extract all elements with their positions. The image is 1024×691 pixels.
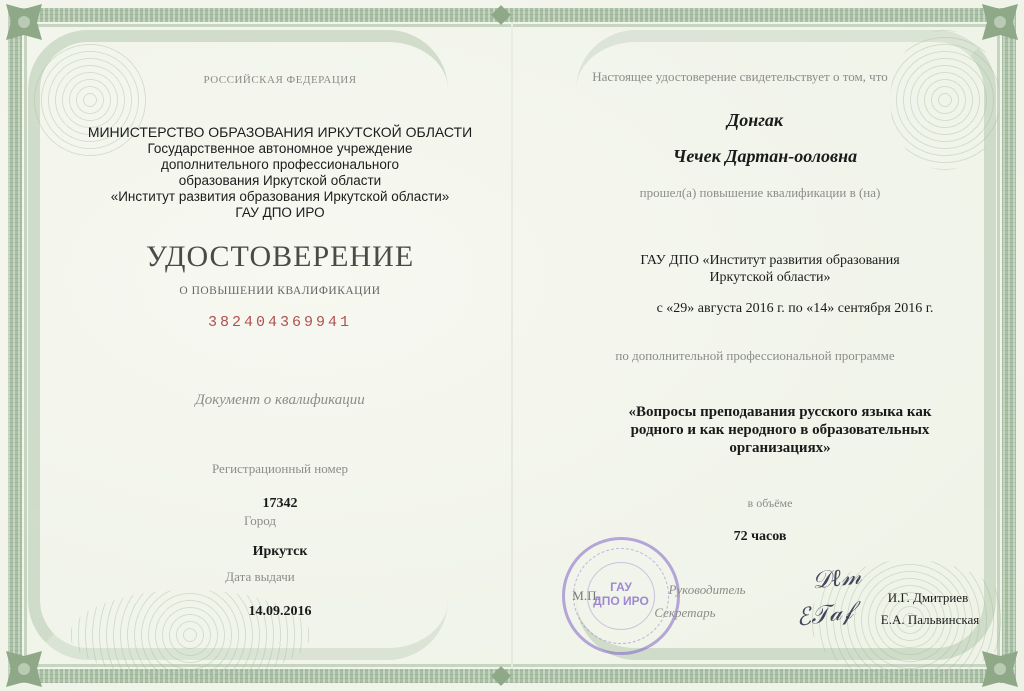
head-name: И.Г. Дмитриев xyxy=(868,589,988,607)
program-title-line: родного и как неродного в образовательны… xyxy=(590,421,970,439)
training-period: с «29» августа 2016 г. по «14» сентября … xyxy=(580,300,1010,318)
reg-number-label: Регистрационный номер xyxy=(130,461,430,477)
country-label: РОССИЙСКАЯ ФЕДЕРАЦИЯ xyxy=(150,74,410,86)
holder-surname: Донгак xyxy=(640,110,870,131)
volume-value: 72 часов xyxy=(690,529,830,545)
reg-number-value: 17342 xyxy=(180,496,380,512)
completed-label: прошел(а) повышение квалификации в (на) xyxy=(580,185,940,201)
head-label: Руководитель xyxy=(652,582,762,598)
document-title: УДОСТОВЕРЕНИЕ xyxy=(100,240,460,274)
stamp-place-label: М.П. xyxy=(566,588,606,604)
head-signature: 𝒟ℓ𝓂 xyxy=(811,563,863,595)
corner-ornament-icon xyxy=(6,4,42,40)
program-title-line: организациях» xyxy=(590,439,970,457)
corner-ornament-icon xyxy=(982,651,1018,687)
institution-line: образования Иркутской области xyxy=(60,173,500,189)
certificate-sheet: РОССИЙСКАЯ ФЕДЕРАЦИЯ МИНИСТЕРСТВО ОБРАЗО… xyxy=(0,0,1024,691)
secretary-name: Е.А. Пальвинская xyxy=(860,611,1000,629)
ministry-name: МИНИСТЕРСТВО ОБРАЗОВАНИЯ ИРКУТСКОЙ ОБЛАС… xyxy=(60,124,500,140)
serial-number: 382404369941 xyxy=(130,314,430,331)
institution-line: «Институт развития образования Иркутской… xyxy=(60,189,500,205)
page-fold xyxy=(511,22,513,669)
issue-date-label: Дата выдачи xyxy=(160,569,360,585)
institution-line: Государственное автономное учреждение xyxy=(60,141,500,157)
corner-ornament-icon xyxy=(982,4,1018,40)
secretary-label: Секретарь xyxy=(630,605,740,621)
corner-ornament-icon xyxy=(6,651,42,687)
city-value: Иркутск xyxy=(180,544,380,560)
city-label: Город xyxy=(180,513,340,529)
program-label: по дополнительной профессиональной прогр… xyxy=(580,348,930,364)
document-caption: Документ о квалификации xyxy=(130,392,430,409)
institution-line: дополнительного профессионального xyxy=(60,157,500,173)
provider-line: Иркутской области» xyxy=(580,269,960,287)
holder-given-names: Чечек Дартан-ооловна xyxy=(600,146,930,167)
certificate-intro: Настоящее удостоверение свидетельствует … xyxy=(540,69,940,85)
volume-label: в объёме xyxy=(700,496,840,511)
provider-line: ГАУ ДПО «Институт развития образования xyxy=(580,252,960,270)
document-subtitle: о повышении квалификации xyxy=(130,285,430,297)
program-title-line: «Вопросы преподавания русского языка как xyxy=(590,403,970,421)
issue-date-value: 14.09.2016 xyxy=(180,604,380,620)
institution-abbreviation: ГАУ ДПО ИРО xyxy=(60,205,500,221)
